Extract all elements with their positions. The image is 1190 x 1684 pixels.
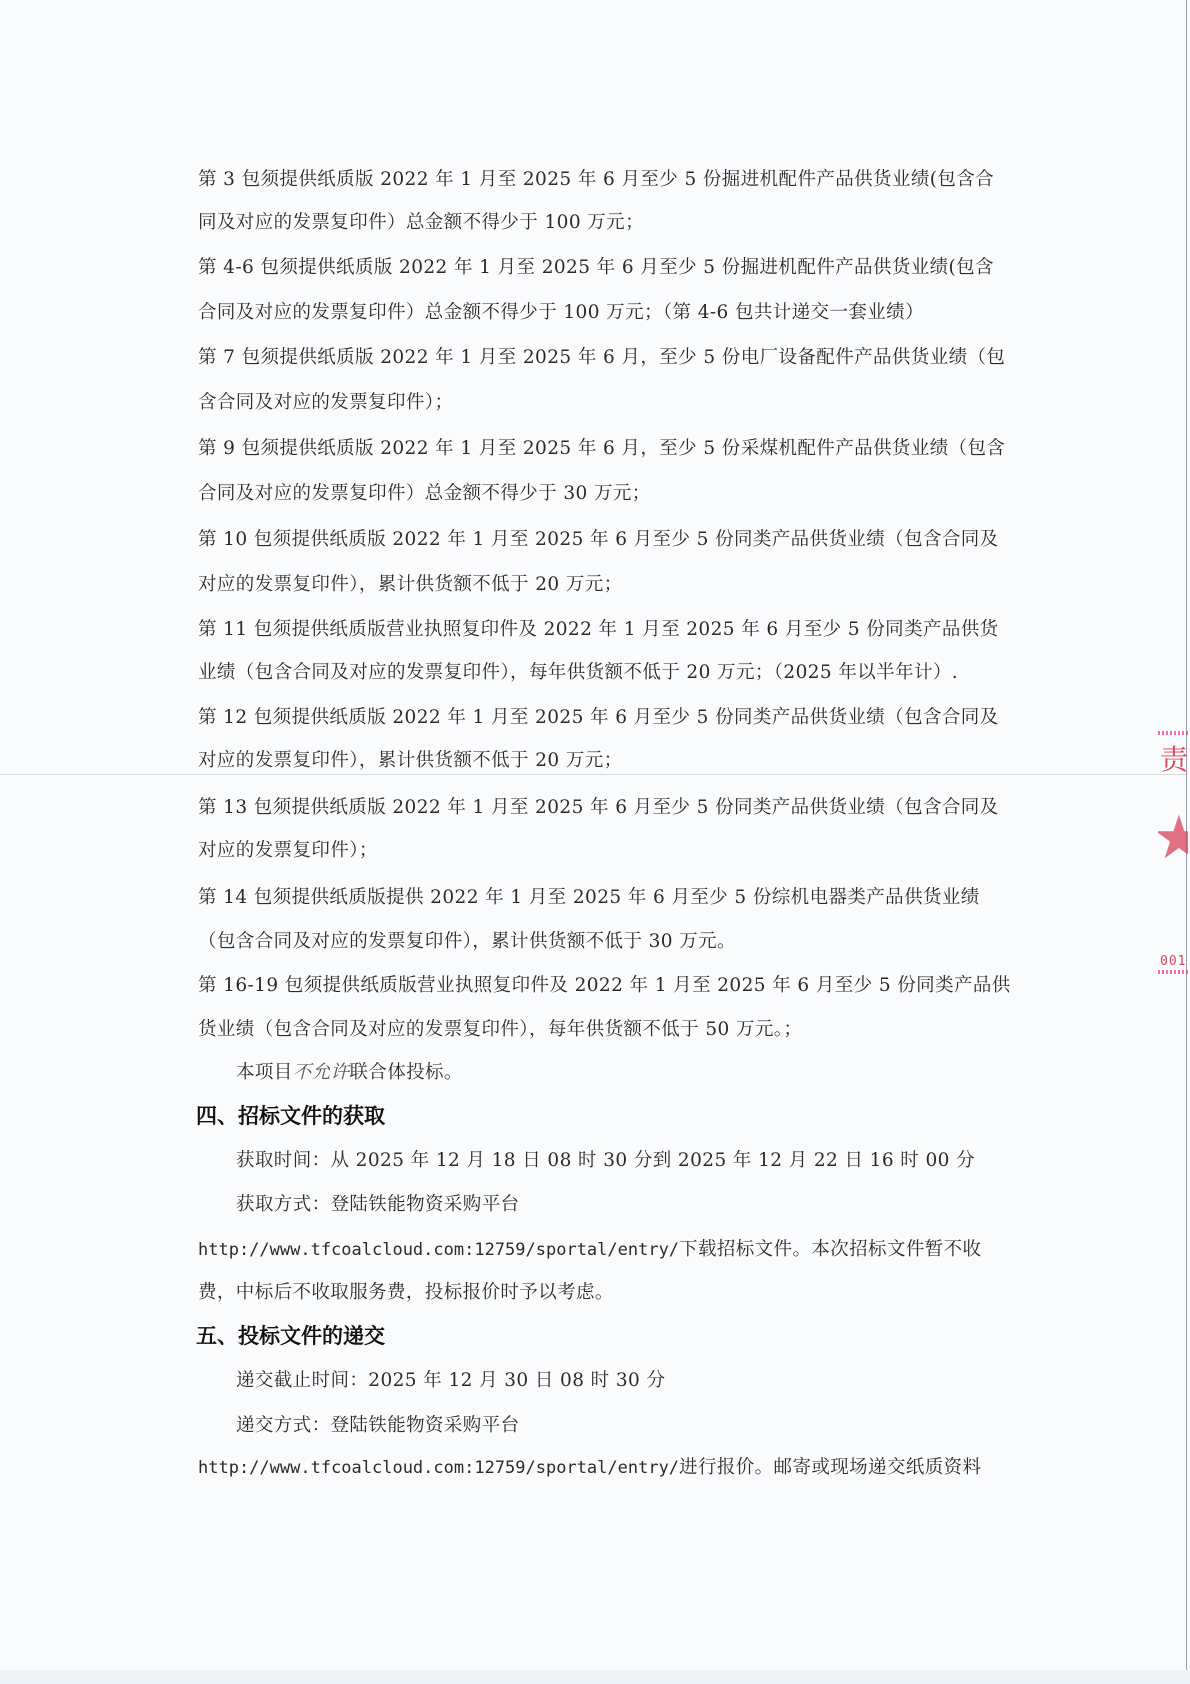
text-line: 第 14 包须提供纸质版提供 2022 年 1 月至 2025 年 6 月至少 … (198, 886, 980, 910)
text-line: 对应的发票复印件），累计供货额不低于 20 万元； (198, 749, 623, 773)
star-icon: ★ (1158, 808, 1188, 868)
consortium-note-emphasis: 不允许 (293, 1062, 350, 1083)
acquisition-time: 获取时间：从 2025 年 12 月 18 日 08 时 30 分到 2025 … (236, 1149, 975, 1173)
submission-url-suffix: 进行报价。邮寄或现场递交纸质资料 (679, 1457, 981, 1478)
submission-deadline: 递交截止时间：2025 年 12 月 30 日 08 时 30 分 (236, 1369, 665, 1393)
acquisition-url-link[interactable]: http://www.tfcoalcloud.com:12759/sportal… (198, 1240, 679, 1260)
submission-url-link[interactable]: http://www.tfcoalcloud.com:12759/sportal… (198, 1458, 679, 1478)
text-line: （包含合同及对应的发票复印件），累计供货额不低于 30 万元。 (198, 930, 736, 954)
acquisition-url-line: http://www.tfcoalcloud.com:12759/sportal… (198, 1238, 981, 1262)
text-line: 含合同及对应的发票复印件）； (198, 391, 453, 415)
stamp-character: 责 (1160, 738, 1188, 778)
text-line: 第 10 包须提供纸质版 2022 年 1 月至 2025 年 6 月至少 5 … (198, 528, 999, 552)
text-line: 业绩（包含合同及对应的发票复印件），每年供货额不低于 20 万元；（2025 年… (198, 661, 958, 685)
red-seal-stamp: 责 ★ 001 (1158, 728, 1188, 978)
text-line: 第 4-6 包须提供纸质版 2022 年 1 月至 2025 年 6 月至少 5… (198, 256, 994, 280)
submission-url-line: http://www.tfcoalcloud.com:12759/sportal… (198, 1456, 981, 1480)
stamp-number: 001 (1160, 954, 1186, 969)
text-line: 第 16-19 包须提供纸质版营业执照复印件及 2022 年 1 月至 2025… (198, 974, 1011, 998)
scan-bottom-band (0, 1670, 1190, 1684)
stamp-border-top (1158, 731, 1188, 735)
text-line: 第 11 包须提供纸质版营业执照复印件及 2022 年 1 月至 2025 年 … (198, 618, 999, 642)
stamp-border-bottom (1158, 970, 1188, 974)
consortium-note-suffix: 联合体投标。 (349, 1062, 462, 1083)
text-line: 合同及对应的发票复印件）总金额不得少于 30 万元； (198, 482, 651, 506)
text-line: 第 13 包须提供纸质版 2022 年 1 月至 2025 年 6 月至少 5 … (198, 796, 999, 820)
text-line: 合同及对应的发票复印件）总金额不得少于 100 万元；（第 4-6 包共计递交一… (198, 301, 924, 325)
submission-method: 递交方式：登陆铁能物资采购平台 (236, 1414, 520, 1438)
section-4-heading: 四、招标文件的获取 (196, 1103, 385, 1129)
text-line: 同及对应的发票复印件）总金额不得少于 100 万元； (198, 211, 644, 235)
document-page: 第 3 包须提供纸质版 2022 年 1 月至 2025 年 6 月至少 5 份… (0, 0, 1187, 1684)
acquisition-method: 获取方式：登陆铁能物资采购平台 (236, 1193, 520, 1217)
fee-note: 费，中标后不收取服务费，投标报价时予以考虑。 (198, 1281, 614, 1305)
text-line: 第 12 包须提供纸质版 2022 年 1 月至 2025 年 6 月至少 5 … (198, 706, 999, 730)
section-5-heading: 五、投标文件的递交 (196, 1323, 385, 1349)
text-line: 对应的发票复印件）； (198, 839, 378, 863)
text-line: 第 9 包须提供纸质版 2022 年 1 月至 2025 年 6 月，至少 5 … (198, 437, 1005, 461)
text-line: 第 3 包须提供纸质版 2022 年 1 月至 2025 年 6 月至少 5 份… (198, 168, 994, 192)
consortium-note: 本项目不允许联合体投标。 (236, 1061, 463, 1085)
text-line: 对应的发票复印件），累计供货额不低于 20 万元； (198, 573, 623, 597)
scan-fold-line (0, 774, 1186, 775)
text-line: 货业绩（包含合同及对应的发票复印件），每年供货额不低于 50 万元。； (198, 1018, 802, 1042)
consortium-note-prefix: 本项目 (236, 1062, 293, 1083)
text-line: 第 7 包须提供纸质版 2022 年 1 月至 2025 年 6 月，至少 5 … (198, 346, 1005, 370)
acquisition-url-suffix: 下载招标文件。本次招标文件暂不收 (679, 1239, 981, 1260)
